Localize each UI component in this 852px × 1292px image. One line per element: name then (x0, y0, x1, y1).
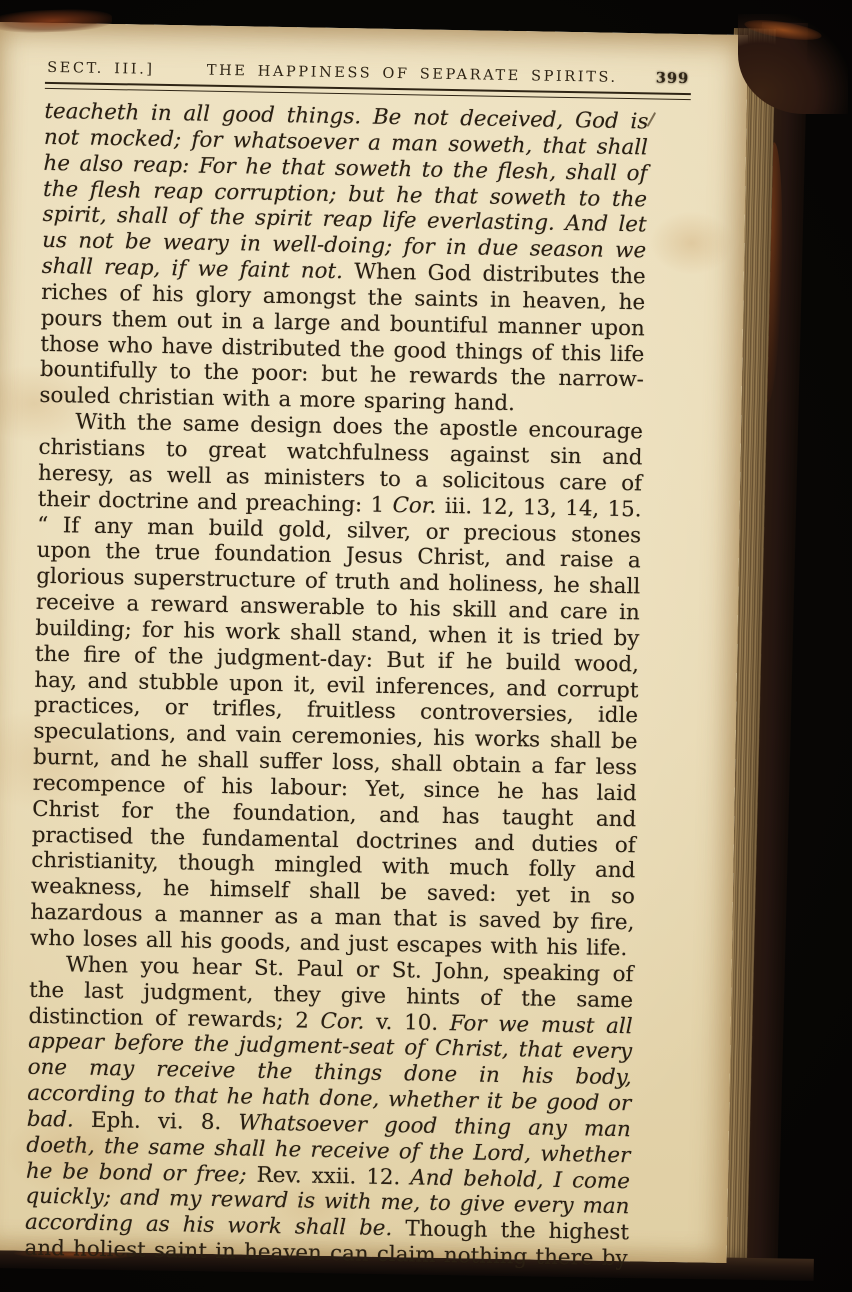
text-segment: Rev. xxii. 12. (246, 1162, 410, 1190)
running-title: THE HAPPINESS OF SEPARATE SPIRITS. (154, 62, 655, 87)
text-segment: Eph. vi. 8. (74, 1107, 239, 1135)
leather-rust-edge (743, 16, 823, 44)
paragraph: With the same design does the apostle en… (30, 409, 643, 962)
text-segment: teacheth in all good things. Be not dece… (42, 99, 649, 284)
book-page: SECT. III.] THE HAPPINESS OF SEPARATE SP… (0, 22, 748, 1263)
section-label: SECT. III.] (47, 60, 155, 78)
text-segment: Cor. (320, 1008, 364, 1034)
body-text: teacheth in all good things. Be not dece… (24, 99, 648, 1272)
page-number: 399 (656, 70, 690, 88)
book-photo: SECT. III.] THE HAPPINESS OF SEPARATE SP… (0, 0, 852, 1292)
page-content: SECT. III.] THE HAPPINESS OF SEPARATE SP… (0, 22, 748, 1274)
paragraph: When you hear St. Paul or St. John, spea… (24, 952, 633, 1273)
text-segment: iii. 12, 13, 14, 15. “ If any man build … (30, 493, 642, 961)
text-segment: When God distributes the riches of his g… (39, 259, 646, 416)
paragraph: teacheth in all good things. Be not dece… (39, 99, 648, 420)
text-segment: v. 10. (364, 1009, 450, 1035)
text-segment: Cor. (392, 493, 436, 519)
